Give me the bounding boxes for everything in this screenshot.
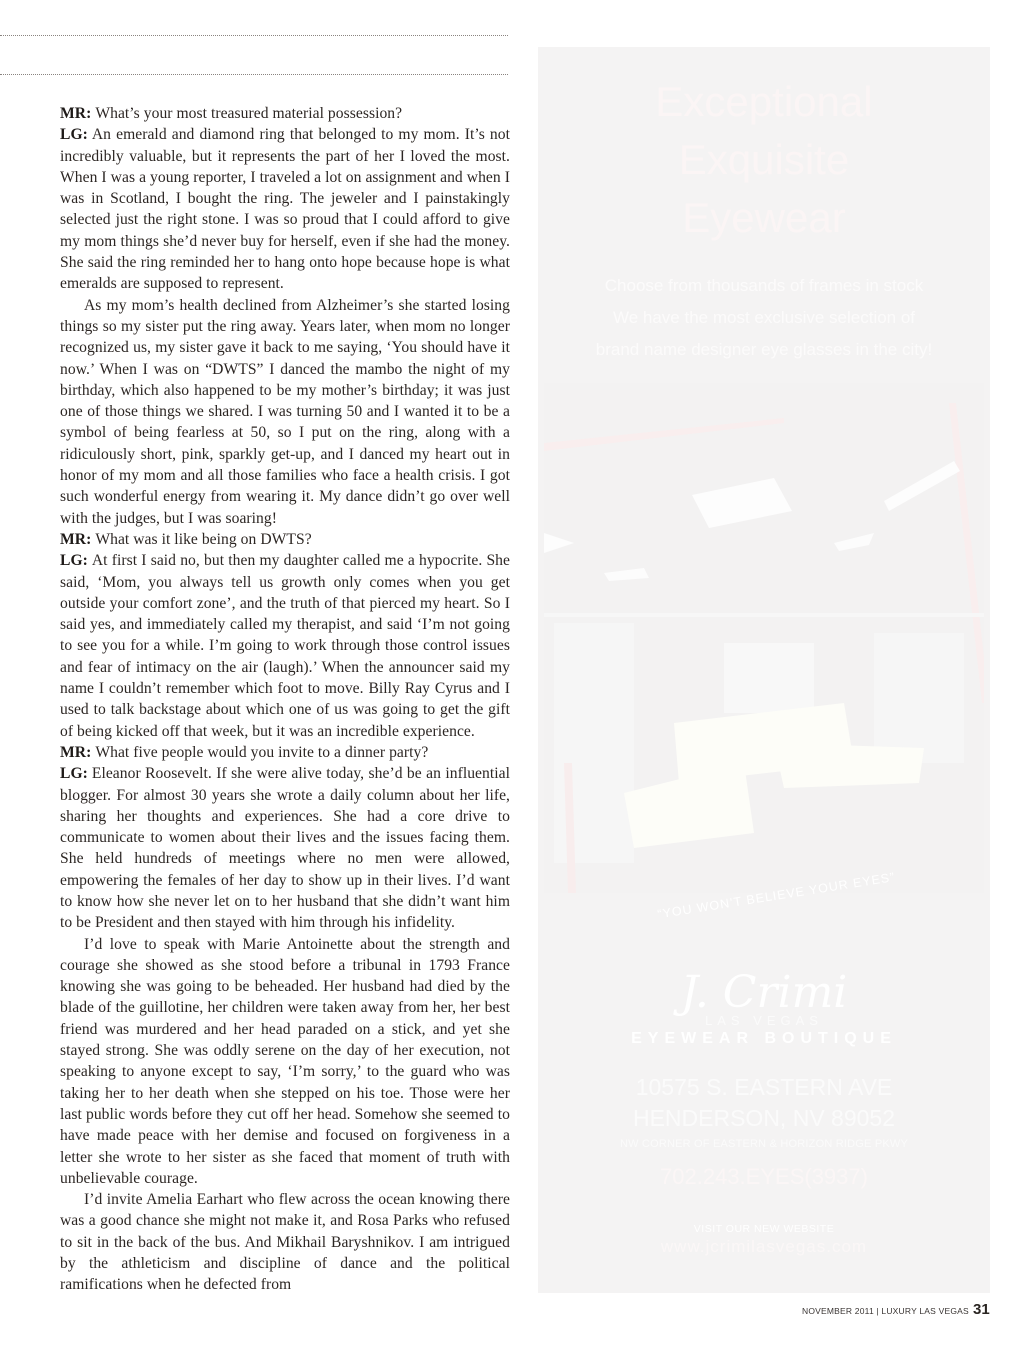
ad-website-link[interactable]: www.jcrimilasvegas.com [538,1237,990,1257]
paragraph-text: Eleanor Roosevelt. If she were alive tod… [60,765,510,931]
ad-visit-label: VISIT OUR NEW WEBSITE [538,1223,990,1235]
qa-question: MR:What was it like being on DWTS? [60,529,510,550]
store-interior-photo [544,383,984,893]
address-line: HENDERSON, NV 89052 [538,1103,990,1134]
ad-headline-line: Exquisite [538,131,990,189]
paragraph-text: What was it like being on DWTS? [95,531,311,548]
speaker-label: MR: [60,105,91,122]
qa-answer: LG:Eleanor Roosevelt. If she were alive … [60,763,510,933]
speaker-label: MR: [60,744,91,761]
logo-boutique: EYEWEAR BOUTIQUE [538,1030,990,1048]
jcrimi-logo: J. Crimi LAS VEGAS EYEWEAR BOUTIQUE [538,967,990,1047]
interview-article: MR:What’s your most treasured material p… [60,103,510,1296]
speaker-label: LG: [60,126,88,143]
ad-headline-line: Exceptional [538,73,990,131]
ad-address: 10575 S. EASTERN AVE HENDERSON, NV 89052 [538,1072,990,1134]
paragraph-text: What five people would you invite to a d… [95,744,428,761]
ad-subhead: Choose from thousands of frames in stock… [538,270,990,366]
qa-answer: LG:At first I said no, but then my daugh… [60,550,510,742]
address-line: 10575 S. EASTERN AVE [538,1072,990,1103]
ad-subhead-line: brand name designer eye glasses in the c… [538,334,990,366]
paragraph-text: I’d invite Amelia Earhart who flew acros… [60,1191,510,1293]
qa-question: MR:What’s your most treasured material p… [60,103,510,124]
ad-cross-streets: NW CORNER OF EASTERN & HORIZON RIDGE PKW… [538,1138,990,1150]
answer-continuation: As my mom’s health declined from Alzheim… [60,295,510,529]
paragraph-text: What’s your most treasured material poss… [95,105,402,122]
page-number: 31 [973,1301,990,1318]
qa-answer: LG:An emerald and diamond ring that belo… [60,124,510,294]
answer-continuation: I’d love to speak with Marie Antoinette … [60,934,510,1190]
eyewear-advertisement: Exceptional Exquisite Eyewear Choose fro… [538,47,990,1293]
dotted-rule-bottom [0,74,508,75]
speaker-label: LG: [60,765,88,782]
ad-phone: 702.243.EYES(3937) [538,1164,990,1190]
qa-question: MR:What five people would you invite to … [60,742,510,763]
ad-subhead-line: We have the most exclusive selection of [538,302,990,334]
ad-headline: Exceptional Exquisite Eyewear [538,73,990,247]
paragraph-text: At first I said no, but then my daughter… [60,552,510,739]
answer-continuation: I’d invite Amelia Earhart who flew acros… [60,1189,510,1295]
paragraph-text: I’d love to speak with Marie Antoinette … [60,936,510,1187]
ad-subhead-line: Choose from thousands of frames in stock [538,270,990,302]
speaker-label: MR: [60,531,91,548]
paragraph-text: As my mom’s health declined from Alzheim… [60,297,510,527]
speaker-label: LG: [60,552,88,569]
dotted-rule-top [0,35,508,36]
logo-city: LAS VEGAS [538,1013,990,1028]
ad-headline-line: Eyewear [538,189,990,247]
paragraph-text: An emerald and diamond ring that belonge… [60,126,510,292]
page-folio: NOVEMBER 2011 | LUXURY LAS VEGAS [802,1306,969,1316]
logo-script: J. Crimi [538,967,990,1018]
